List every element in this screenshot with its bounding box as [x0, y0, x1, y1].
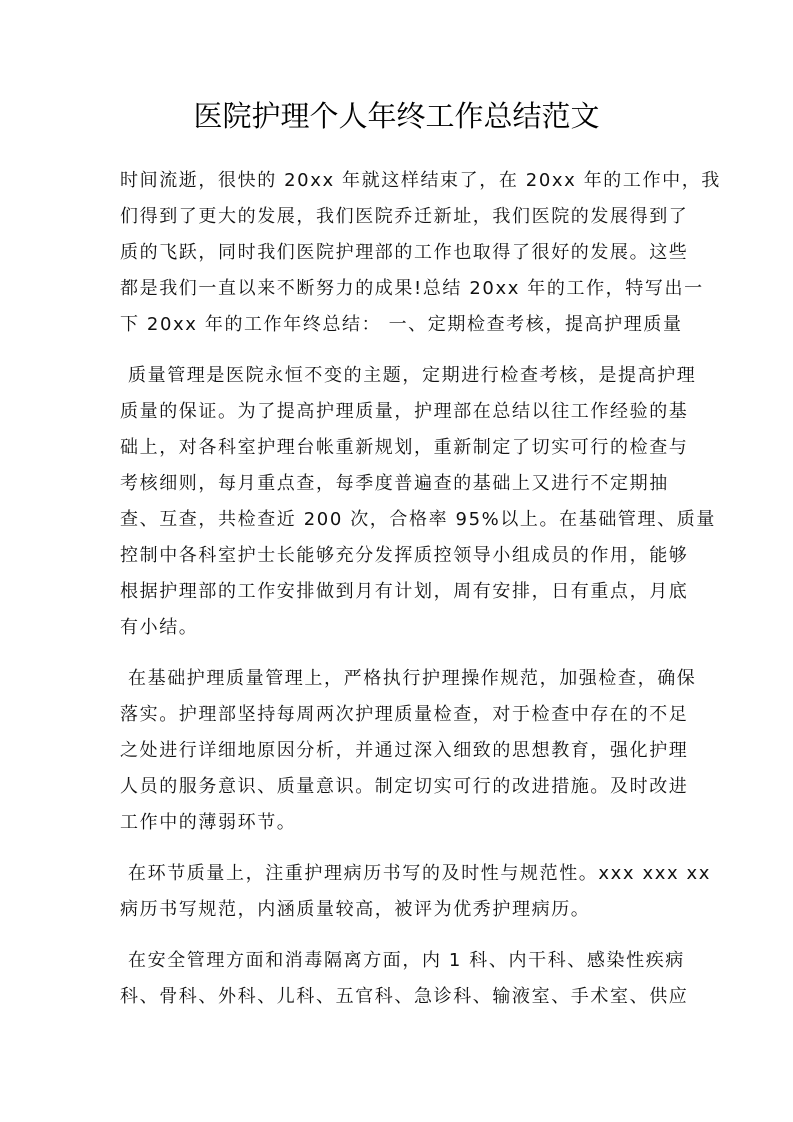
text-line: 们得到了更大的发展，我们医院乔迁新址，我们医院的发展得到了	[120, 199, 680, 235]
paragraph-quality-management: 质量管理是医院永恒不变的主题，定期进行检查考核，是提高护理 质量的保证。为了提高…	[120, 358, 680, 646]
text-line: 质的飞跃，同时我们医院护理部的工作也取得了很好的发展。这些	[120, 235, 680, 271]
text-line: 病历书写规范，内涵质量较高，被评为优秀护理病历。	[120, 892, 680, 928]
paragraph-safety-management: 在安全管理方面和消毒隔离方面，内 1 科、内干科、感染性疾病 科、骨科、外科、儿…	[120, 943, 680, 1015]
text-line: 查、互查，共检查近 200 次，合格率 95%以上。在基础管理、质量	[120, 502, 680, 538]
text-line: 落实。护理部坚持每周两次护理质量检查，对于检查中存在的不足	[120, 697, 680, 733]
document-body: 时间流逝，很快的 20xx 年就这样结束了，在 20xx 年的工作中，我 们得到…	[120, 163, 680, 1030]
text-line: 质量管理是医院永恒不变的主题，定期进行检查考核，是提高护理	[120, 358, 680, 394]
text-line: 之处进行详细地原因分析，并通过深入细致的思想教育，强化护理	[120, 733, 680, 769]
text-line: 都是我们一直以来不断努力的成果!总结 20xx 年的工作，特写出一	[120, 271, 680, 307]
text-line: 控制中各科室护士长能够充分发挥质控领导小组成员的作用，能够	[120, 538, 680, 574]
paragraph-records-quality: 在环节质量上，注重护理病历书写的及时性与规范性。xxx xxx xx 病历书写规…	[120, 856, 680, 928]
text-line: 根据护理部的工作安排做到月有计划，周有安排，日有重点，月底	[120, 574, 680, 610]
text-line: 质量的保证。为了提高护理质量，护理部在总结以往工作经验的基	[120, 394, 680, 430]
text-line: 有小结。	[120, 610, 680, 646]
text-line: 在环节质量上，注重护理病历书写的及时性与规范性。xxx xxx xx	[120, 856, 680, 892]
text-line: 工作中的薄弱环节。	[120, 805, 680, 841]
text-line: 人员的服务意识、质量意识。制定切实可行的改进措施。及时改进	[120, 769, 680, 805]
text-line: 时间流逝，很快的 20xx 年就这样结束了，在 20xx 年的工作中，我	[120, 163, 680, 199]
text-line: 考核细则，每月重点查，每季度普遍查的基础上又进行不定期抽	[120, 466, 680, 502]
text-line: 在安全管理方面和消毒隔离方面，内 1 科、内干科、感染性疾病	[120, 943, 680, 979]
document-title: 医院护理个人年终工作总结范文	[0, 97, 793, 135]
document-page: 医院护理个人年终工作总结范文 时间流逝，很快的 20xx 年就这样结束了，在 2…	[0, 0, 793, 1122]
text-line: 础上，对各科室护理台帐重新规划，重新制定了切实可行的检查与	[120, 430, 680, 466]
text-line: 科、骨科、外科、儿科、五官科、急诊科、输液室、手术室、供应	[120, 979, 680, 1015]
paragraph-intro: 时间流逝，很快的 20xx 年就这样结束了，在 20xx 年的工作中，我 们得到…	[120, 163, 680, 343]
text-line: 下 20xx 年的工作年终总结： 一、定期检查考核，提高护理质量	[120, 307, 680, 343]
text-line: 在基础护理质量管理上，严格执行护理操作规范，加强检查，确保	[120, 661, 680, 697]
paragraph-basic-nursing: 在基础护理质量管理上，严格执行护理操作规范，加强检查，确保 落实。护理部坚持每周…	[120, 661, 680, 841]
